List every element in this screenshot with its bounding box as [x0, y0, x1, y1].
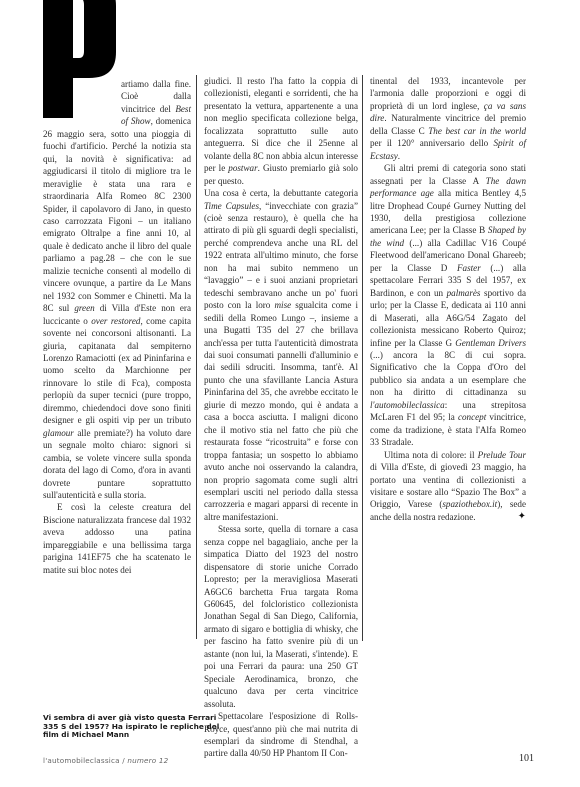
end-of-article-icon: ✦ — [504, 511, 526, 523]
magazine-name: l'automobileclassica / — [43, 756, 127, 765]
paragraph: artiamo dalla fine. Cioè dalla vincitric… — [43, 78, 191, 501]
emphasis: Prelude Tour — [478, 450, 526, 460]
text: (...) ancora la 8C di cui sopra. Signifi… — [370, 350, 526, 397]
emphasis: palmarès — [447, 288, 481, 298]
emphasis: glamour — [43, 428, 74, 438]
text: Una cosa è certa, la debuttante categori… — [204, 188, 358, 198]
paragraph: Spettacolare l'esposizione di Rolls-Royc… — [204, 710, 358, 760]
paragraph: Ultima nota di colore: il Prelude Tour d… — [370, 449, 526, 524]
emphasis: concept — [458, 412, 486, 422]
text: , “invecchiate con grazia” (cioè senza r… — [204, 201, 358, 311]
text: alle premiate?) ha voluto dare un segnal… — [43, 428, 191, 500]
page-number: 101 — [519, 753, 534, 764]
paragraph: giudici. Il resto l'ha fatto la coppia d… — [204, 75, 358, 187]
footer-magazine: l'automobileclassica / numero 12 — [43, 756, 168, 765]
text: per il 120° anniversario dello — [370, 138, 493, 148]
article-column-2: giudici. Il resto l'ha fatto la coppia d… — [204, 75, 358, 760]
emphasis: postwar — [228, 163, 257, 173]
emphasis: The best car in the world — [428, 126, 526, 136]
emphasis: over restored — [91, 316, 140, 326]
column-divider-left — [196, 75, 197, 639]
emphasis: mise — [274, 300, 291, 310]
photo-caption: Vi sembra di aver già visto questa Ferra… — [43, 714, 223, 740]
text: . — [398, 151, 400, 161]
paragraph: tinental del 1933, incantevole per l'arm… — [370, 75, 526, 162]
paragraph: Una cosa è certa, la debuttante categori… — [204, 187, 358, 523]
emphasis: l'automobileclassica — [370, 400, 445, 410]
paragraph: Gli altri premi di categoria sono stati … — [370, 162, 526, 448]
emphasis: green — [74, 303, 94, 313]
text: Ultima nota di colore: il — [384, 450, 478, 460]
paragraph: E così la celeste creatura del Biscione … — [43, 501, 191, 576]
paragraph: Stessa sorte, quella di tornare a casa s… — [204, 523, 358, 710]
article-column-1: artiamo dalla fine. Cioè dalla vincitric… — [43, 78, 191, 576]
text: sgualcita come i sedili della Romeo Lung… — [204, 300, 358, 522]
emphasis: Time Capsules — [204, 201, 259, 211]
emphasis: Gentleman Drivers — [455, 338, 526, 348]
text: giudici. Il resto l'ha fatto la coppia d… — [204, 76, 358, 173]
link-text: spaziothebox.it — [442, 499, 497, 509]
text: , come capita sovente nei concorsoni alt… — [43, 316, 191, 426]
text: , domenica 26 maggio sera, sotto una pio… — [43, 116, 191, 313]
column-divider-right — [362, 75, 363, 641]
article-column-3: tinental del 1933, incantevole per l'arm… — [370, 75, 526, 523]
emphasis: Faster — [457, 263, 481, 273]
issue-number: numero 12 — [127, 756, 168, 765]
